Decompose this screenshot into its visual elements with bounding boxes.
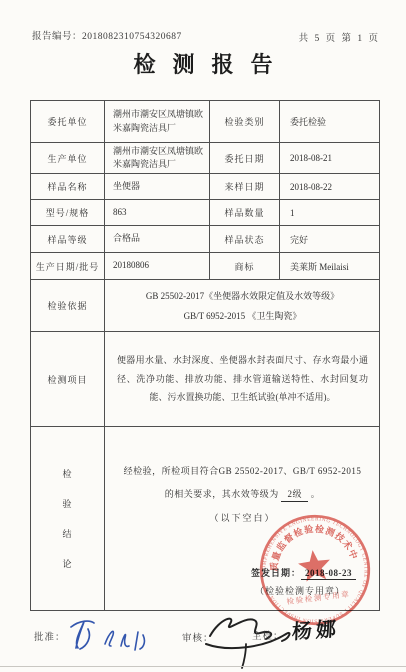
- row-value: 潮州市潮安区凤塘镇欧米嘉陶瓷洁具厂: [104, 143, 209, 173]
- table-row: 样品等级 合格品 样品状态 完好: [31, 225, 379, 252]
- conclusion-label: 检 验 结 论: [31, 427, 104, 610]
- basis-label: 检验依据: [31, 280, 104, 331]
- blank-below-note: （以下空白）: [105, 511, 380, 524]
- conclusion-value: 经检验，所检项目符合GB 25502-2017、GB/T 6952-2015 的…: [104, 427, 380, 610]
- report-table: 委托单位 潮州市潮安区凤塘镇欧米嘉陶瓷洁具厂 检验类别 委托检验 生产单位 潮州…: [30, 100, 380, 611]
- basis-line: GB 25502-2017《坐便器水效限定值及水效等级》: [146, 289, 339, 302]
- water-efficiency-grade: 2级: [281, 487, 308, 502]
- scan-edge-line: [0, 666, 406, 667]
- pagination: 共 5 页 第 1 页: [299, 30, 380, 44]
- table-row: 委托单位 潮州市潮安区凤塘镇欧米嘉陶瓷洁具厂 检验类别 委托检验: [31, 101, 379, 142]
- row-label: 型号/规格: [31, 200, 104, 225]
- row-value: 坐便器: [104, 174, 209, 199]
- report-number: 报告编号：2018082310754320687: [32, 28, 182, 42]
- conclusion-line2: 的相关要求，其水效等级为 2级 。: [105, 487, 380, 502]
- table-row-basis: 检验依据 GB 25502-2017《坐便器水效限定值及水效等级》 GB/T 6…: [31, 279, 379, 331]
- basis-line: GB/T 6952-2015 《卫生陶瓷》: [184, 309, 302, 322]
- approver-signature: [60, 610, 160, 658]
- table-row-conclusion: 检 验 结 论 经检验，所检项目符合GB 25502-2017、GB/T 695…: [31, 426, 379, 610]
- seal-note: （检验检测专用章）: [255, 584, 345, 597]
- table-row-items: 检测项目 便器用水量、水封深度、坐便器水封表面尺寸、存水弯最小通径、洗净功能、排…: [31, 331, 379, 426]
- row-label: 委托单位: [31, 101, 104, 142]
- row-value: 2018-08-22: [279, 174, 379, 199]
- row-value: 完好: [279, 226, 379, 252]
- conclusion-label-char: 验: [62, 497, 72, 510]
- table-row: 样品名称 坐便器 来样日期 2018-08-22: [31, 173, 379, 199]
- page-title: 检测报告: [0, 48, 406, 79]
- chief-inspector-signature: 杨娜: [292, 612, 341, 644]
- conclusion-label-char: 检: [62, 467, 72, 480]
- report-page: 报告编号：2018082310754320687 共 5 页 第 1 页 检测报…: [0, 0, 406, 672]
- row-label: 样品名称: [31, 174, 104, 199]
- row-value: 863: [104, 200, 209, 225]
- issue-date-label: 签发日期：: [251, 568, 301, 578]
- row-value: 合格品: [104, 226, 209, 252]
- row-label: 样品数量: [209, 200, 279, 225]
- signature-row: 批准： 审核： 主检： 杨娜: [0, 608, 406, 668]
- row-value: 美莱斯 Meilaisi: [279, 253, 379, 279]
- conclusion-line2-period: 。: [311, 489, 321, 499]
- issue-date-value: 2018-08-23: [301, 568, 356, 580]
- basis-value: GB 25502-2017《坐便器水效限定值及水效等级》 GB/T 6952-2…: [104, 280, 380, 331]
- table-row: 生产单位 潮州市潮安区凤塘镇欧米嘉陶瓷洁具厂 委托日期 2018-08-21: [31, 142, 379, 173]
- row-label: 生产单位: [31, 143, 104, 173]
- row-value: 潮州市潮安区凤塘镇欧米嘉陶瓷洁具厂: [104, 101, 209, 142]
- row-label: 生产日期/批号: [31, 253, 104, 279]
- issue-date-line: 签发日期：2018-08-23: [251, 566, 356, 580]
- row-label: 商标: [209, 253, 279, 279]
- row-value: 20180806: [104, 253, 209, 279]
- row-value: 委托检验: [279, 101, 379, 142]
- chief-inspector-label: 主检：: [252, 628, 284, 642]
- row-label: 委托日期: [209, 143, 279, 173]
- row-value: 2018-08-21: [279, 143, 379, 173]
- table-row: 型号/规格 863 样品数量 1: [31, 199, 379, 225]
- conclusion-line1: 经检验，所检项目符合GB 25502-2017、GB/T 6952-2015: [105, 464, 380, 477]
- row-label: 样品等级: [31, 226, 104, 252]
- report-number-value: 2018082310754320687: [82, 32, 182, 42]
- row-label: 检验类别: [209, 101, 279, 142]
- report-number-label: 报告编号：: [32, 32, 82, 42]
- row-value: 1: [279, 200, 379, 225]
- items-text: 便器用水量、水封深度、坐便器水封表面尺寸、存水弯最小通径、洗净功能、排放功能、排…: [117, 351, 368, 408]
- table-row: 生产日期/批号 20180806 商标 美莱斯 Meilaisi: [31, 252, 379, 279]
- items-value: 便器用水量、水封深度、坐便器水封表面尺寸、存水弯最小通径、洗净功能、排放功能、排…: [104, 332, 380, 426]
- conclusion-line2-text: 的相关要求，其水效等级为: [165, 489, 279, 499]
- items-label: 检测项目: [31, 332, 104, 426]
- conclusion-label-char: 论: [62, 557, 72, 570]
- conclusion-label-char: 结: [62, 527, 72, 540]
- row-label: 样品状态: [209, 226, 279, 252]
- row-label: 来样日期: [209, 174, 279, 199]
